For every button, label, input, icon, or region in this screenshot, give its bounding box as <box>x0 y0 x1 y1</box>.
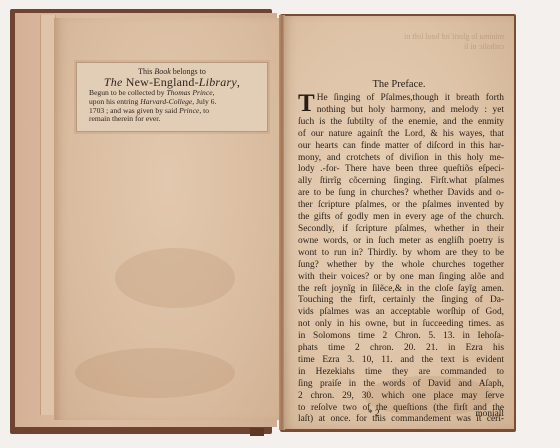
bookplate-text: New-England- <box>123 75 199 89</box>
bleed-line: catholic ni ſi <box>304 42 504 52</box>
bookplate-text: , <box>237 75 240 89</box>
page-title: The Preface. <box>284 79 514 90</box>
signature-mark: * 2 <box>368 409 380 419</box>
text-line: in Solomons time 2 Chron. 5. 13. in Ieho… <box>298 331 504 343</box>
bookplate-text: , July 6. <box>192 97 216 106</box>
text-line: He ſinging of Pſalmes,though it breath f… <box>298 93 504 105</box>
text-line: not only in his owne, but in ſucceeding … <box>298 319 504 331</box>
text-line: ther ſcripture pſalmes, or the pſalmes i… <box>298 200 504 212</box>
text-line: lody .-for- There have been three queſti… <box>298 164 504 176</box>
bookplate-text-italic: The <box>104 75 123 89</box>
text-line: our hearts can finde matter of diſcord i… <box>298 141 504 153</box>
text-line: ally ſtirrĩg cõcerning ſinging. Firſt.wh… <box>298 176 504 188</box>
text-line: 2 chron. 29, 30. which one place may ſer… <box>298 391 504 403</box>
text-line: owne words, or in ſuch meter as engliſh … <box>298 236 504 248</box>
text-line: ſuch is the ſubtilty of the enemie, and … <box>298 117 504 129</box>
text-line: to reſolve two of the queſtions (the fir… <box>298 403 504 415</box>
bookplate-text: , to <box>199 106 209 115</box>
water-stain <box>115 248 235 308</box>
text-line: laſt) at once. for this commandement was… <box>298 414 504 426</box>
bookplate-text: upon his entring <box>89 97 140 106</box>
text-line: are to be ſung in churches? whether Davi… <box>298 188 504 200</box>
bookplate-label: This Book belongs to The New-England-Lib… <box>76 62 268 132</box>
bookplate-text: 1703 ; and was given by said <box>89 106 179 115</box>
catchword: moniall <box>475 409 504 419</box>
text-line: in Hezekiahs time they are commanded to <box>298 367 504 379</box>
bookplate-text-italic: Library <box>199 75 237 89</box>
preface-page: minima ſo gloriſ itd bool ſoft ni cathol… <box>284 16 514 429</box>
bookplate-text: , <box>213 88 215 97</box>
bookplate-text-italic: Prince <box>179 106 199 115</box>
text-line: Touching the firſt, certainly the ſingin… <box>298 295 504 307</box>
text-line: with their voices? or by one man ſinging… <box>298 272 504 284</box>
text-line: time Ezra 3. 10, 11. and the text is evi… <box>298 355 504 367</box>
bookplate-text-italic: Thomas Prince <box>166 88 212 97</box>
bookplate-text: Begun to be collected by <box>89 88 166 97</box>
text-line: mony, and crotchets of diviſion in this … <box>298 153 504 165</box>
text-line: Secondly, if ſcripture pſalmes, whether … <box>298 224 504 236</box>
text-line: nothing but holy harmony, and melody : y… <box>298 105 504 117</box>
bleed-line: minima ſo gloriſ itd bool ſoft ni <box>304 32 504 42</box>
bleed-through-text: minima ſo gloriſ itd bool ſoft ni cathol… <box>304 32 504 62</box>
bookplate-text: remain therein for ever. <box>89 114 160 123</box>
text-line: ſing praiſe in the words of David and Aſ… <box>298 379 504 391</box>
text-line: of our nature againſt the Lord, & his wa… <box>298 129 504 141</box>
text-line: wont to run in? Thirdly. by whom are the… <box>298 248 504 260</box>
text-line: vids pſalmes was an acceptable worſhip o… <box>298 307 504 319</box>
text-line: the reſt joynĩg in ſilẽce,& in the cloſe… <box>298 284 504 296</box>
bookplate-body: Begun to be collected by Thomas Prince, … <box>77 89 267 124</box>
preface-text: T He ſinging of Pſalmes,though it breath… <box>298 93 504 426</box>
text-line: the gifts of godly men in every age of t… <box>298 212 504 224</box>
drop-cap: T <box>298 94 315 114</box>
bookplate-text-italic: Harvard-College <box>140 97 192 106</box>
cover-edge-tab <box>250 428 264 436</box>
bookplate-line: remain therein for ever. <box>89 115 259 124</box>
open-book: This Book belongs to The New-England-Lib… <box>0 0 560 448</box>
water-stain <box>75 348 235 398</box>
text-line: phats time 2 chron. 20. 21. in Ezra his <box>298 343 504 355</box>
text-line: ſung? whether by the whole churches toge… <box>298 260 504 272</box>
